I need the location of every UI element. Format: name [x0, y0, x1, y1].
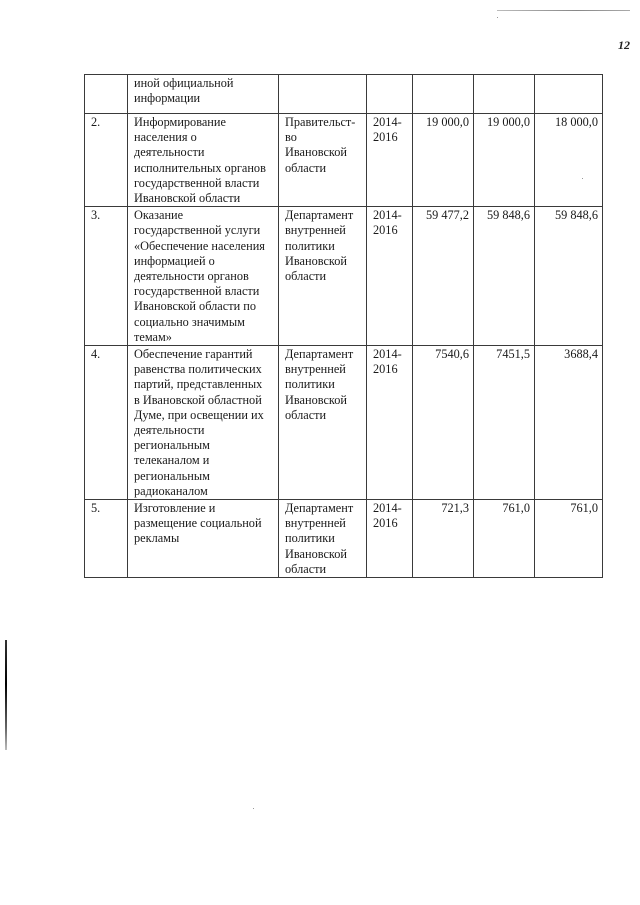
executor-cell-line: области: [285, 161, 362, 176]
activity-name-cell-line: иной официальной: [134, 76, 274, 91]
activity-name-cell-line: рекламы: [134, 531, 274, 546]
page-number: 12: [618, 38, 630, 53]
activity-name-cell-line: государственной власти: [134, 284, 274, 299]
activity-name-cell: Обеспечение гарантийравенства политическ…: [128, 346, 279, 500]
executor-cell-line: области: [285, 562, 362, 577]
activity-name-cell-line: размещение социальной: [134, 516, 274, 531]
executor-cell-line: Департамент: [285, 501, 362, 516]
executor-cell-line: Департамент: [285, 208, 362, 223]
activity-name-cell-line: информации: [134, 91, 274, 106]
amount-cell-1: 19 000,0: [413, 114, 474, 207]
row-number-cell: 5.: [85, 500, 128, 578]
activity-name-cell-line: Ивановской области: [134, 191, 274, 206]
table-row: иной официальнойинформации: [85, 75, 603, 114]
period-cell-line: 2014-: [373, 115, 408, 130]
activity-name-cell: Изготовление иразмещение социальнойрекла…: [128, 500, 279, 578]
period-cell-line: 2016: [373, 362, 408, 377]
row-number-cell: 3.: [85, 207, 128, 346]
amount-cell-2: 19 000,0: [474, 114, 535, 207]
amount-cell-3: 59 848,6: [535, 207, 603, 346]
activity-name-cell-line: радиоканалом: [134, 484, 274, 499]
activity-name-cell: Оказаниегосударственной услуги«Обеспечен…: [128, 207, 279, 346]
period-cell-line: 2014-: [373, 347, 408, 362]
activity-name-cell: Информированиенаселения одеятельностиисп…: [128, 114, 279, 207]
executor-cell-line: Правительст-: [285, 115, 362, 130]
amount-cell-1: 7540,6: [413, 346, 474, 500]
activity-name-cell-line: региональным: [134, 438, 274, 453]
period-cell: 2014-2016: [367, 114, 413, 207]
executor-cell-line: Ивановской: [285, 547, 362, 562]
activity-name-cell-line: в Ивановской областной: [134, 393, 274, 408]
budget-table: иной официальнойинформации2.Информирован…: [84, 74, 603, 578]
activity-name-cell-line: Информирование: [134, 115, 274, 130]
row-number-cell: 4.: [85, 346, 128, 500]
executor-cell-line: политики: [285, 239, 362, 254]
activity-name-cell-line: Обеспечение гарантий: [134, 347, 274, 362]
scan-top-rule: [497, 10, 630, 11]
table-row: 3.Оказаниегосударственной услуги«Обеспеч…: [85, 207, 603, 346]
executor-cell-line: во: [285, 130, 362, 145]
amount-cell-3: 761,0: [535, 500, 603, 578]
activity-name-cell: иной официальнойинформации: [128, 75, 279, 114]
executor-cell-line: Департамент: [285, 347, 362, 362]
amount-cell-3: 3688,4: [535, 346, 603, 500]
executor-cell-line: политики: [285, 377, 362, 392]
amount-cell-1: 721,3: [413, 500, 474, 578]
amount-cell-3: [535, 75, 603, 114]
activity-name-cell-line: социально значимым: [134, 315, 274, 330]
executor-cell-line: внутренней: [285, 516, 362, 531]
executor-cell: Правительст-воИвановскойобласти: [279, 114, 367, 207]
period-cell-line: 2016: [373, 516, 408, 531]
activity-name-cell-line: деятельности: [134, 145, 274, 160]
executor-cell-line: области: [285, 269, 362, 284]
activity-name-cell-line: населения о: [134, 130, 274, 145]
period-cell-line: 2014-: [373, 208, 408, 223]
table-row: 2.Информированиенаселения одеятельностии…: [85, 114, 603, 207]
amount-cell-2: 7451,5: [474, 346, 535, 500]
executor-cell-line: Ивановской: [285, 254, 362, 269]
executor-cell-line: области: [285, 408, 362, 423]
activity-name-cell-line: «Обеспечение населения: [134, 239, 274, 254]
amount-cell-2: [474, 75, 535, 114]
scan-speck: [253, 808, 254, 809]
period-cell: [367, 75, 413, 114]
amount-cell-2: 761,0: [474, 500, 535, 578]
activity-name-cell-line: государственной услуги: [134, 223, 274, 238]
amount-cell-1: 59 477,2: [413, 207, 474, 346]
activity-name-cell-line: равенства политических: [134, 362, 274, 377]
activity-name-cell-line: Оказание: [134, 208, 274, 223]
executor-cell-line: политики: [285, 531, 362, 546]
amount-cell-1: [413, 75, 474, 114]
activity-name-cell-line: темам»: [134, 330, 274, 345]
row-number-cell: 2.: [85, 114, 128, 207]
period-cell: 2014-2016: [367, 207, 413, 346]
period-cell: 2014-2016: [367, 346, 413, 500]
period-cell-line: 2016: [373, 223, 408, 238]
activity-name-cell-line: исполнительных органов: [134, 161, 274, 176]
activity-name-cell-line: Ивановской области по: [134, 299, 274, 314]
executor-cell-line: внутренней: [285, 362, 362, 377]
period-cell-line: 2014-: [373, 501, 408, 516]
activity-name-cell-line: Изготовление и: [134, 501, 274, 516]
period-cell: 2014-2016: [367, 500, 413, 578]
activity-name-cell-line: информацией о: [134, 254, 274, 269]
activity-name-cell-line: региональным: [134, 469, 274, 484]
executor-cell-line: внутренней: [285, 223, 362, 238]
activity-name-cell-line: деятельности: [134, 423, 274, 438]
executor-cell: [279, 75, 367, 114]
executor-cell-line: Ивановской: [285, 145, 362, 160]
executor-cell-line: Ивановской: [285, 393, 362, 408]
executor-cell: ДепартаментвнутреннейполитикиИвановскойо…: [279, 500, 367, 578]
executor-cell: ДепартаментвнутреннейполитикиИвановскойо…: [279, 346, 367, 500]
scan-edge-mark: [5, 640, 7, 750]
activity-name-cell-line: партий, представленных: [134, 377, 274, 392]
period-cell-line: 2016: [373, 130, 408, 145]
amount-cell-2: 59 848,6: [474, 207, 535, 346]
activity-name-cell-line: телеканалом и: [134, 453, 274, 468]
amount-cell-3: 18 000,0: [535, 114, 603, 207]
table-row: 5.Изготовление иразмещение социальнойрек…: [85, 500, 603, 578]
executor-cell: ДепартаментвнутреннейполитикиИвановскойо…: [279, 207, 367, 346]
activity-name-cell-line: деятельности органов: [134, 269, 274, 284]
table-row: 4.Обеспечение гарантийравенства политиче…: [85, 346, 603, 500]
activity-name-cell-line: Думе, при освещении их: [134, 408, 274, 423]
row-number-cell: [85, 75, 128, 114]
activity-name-cell-line: государственной власти: [134, 176, 274, 191]
scan-speck: [497, 17, 498, 18]
